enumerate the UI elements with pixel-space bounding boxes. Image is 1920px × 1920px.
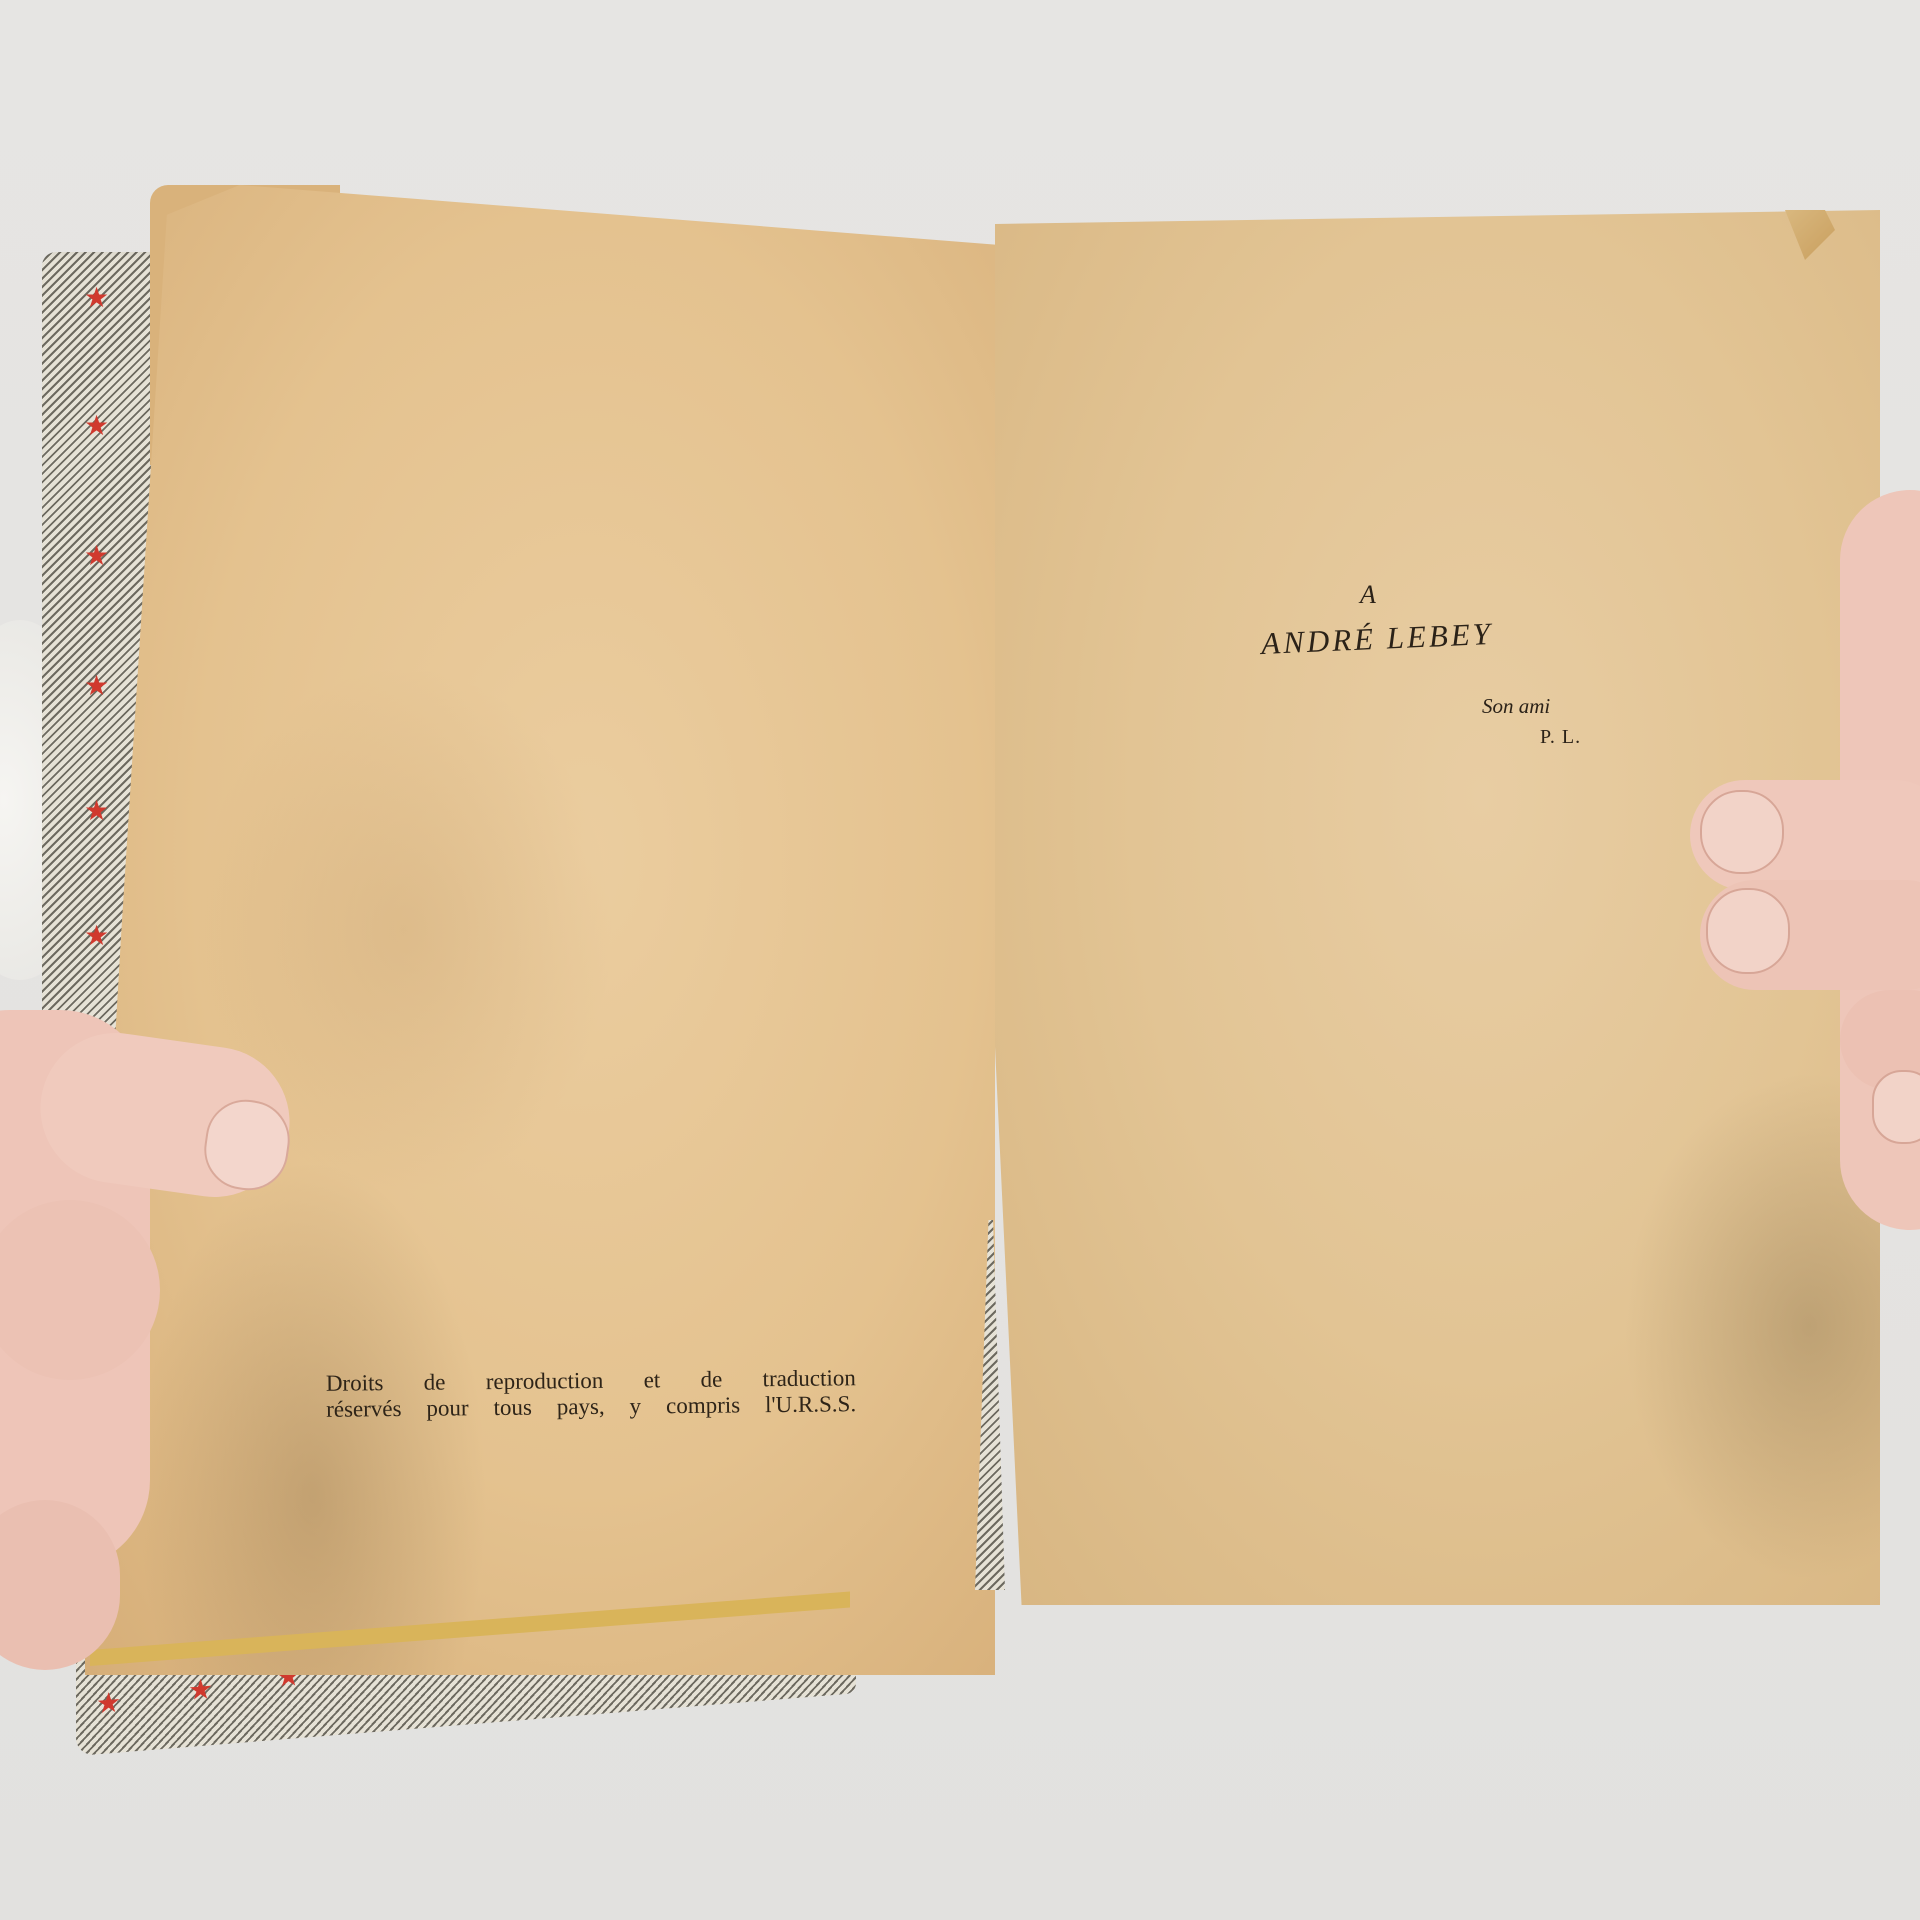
right-fingernail [1706,888,1790,974]
star-icon: ★ [84,412,109,440]
dedication-prefix: A [1360,580,1376,610]
signature-line-2: P. L. [1540,726,1581,749]
left-page [85,185,995,1675]
star-icon: ★ [188,1675,213,1705]
photo-scene: ★ ★ ★ ★ ★ ★ ★ ★ ★ ★ ★ ★ ★ ★ Droits de re… [0,0,1920,1920]
signature-line-1: Son ami [1482,694,1550,719]
star-icon: ★ [84,284,109,312]
copyright-notice: Droits de reproduction et de traduction … [326,1365,857,1423]
star-icon: ★ [96,1688,121,1718]
right-fingernail [1700,790,1784,874]
star-icon: ★ [84,797,109,825]
star-icon: ★ [84,542,109,570]
right-fingernail [1872,1070,1920,1144]
copyright-line-2: réservés pour tous pays, y compris l'U.R… [326,1391,856,1423]
star-icon: ★ [84,672,109,700]
star-icon: ★ [84,922,109,950]
